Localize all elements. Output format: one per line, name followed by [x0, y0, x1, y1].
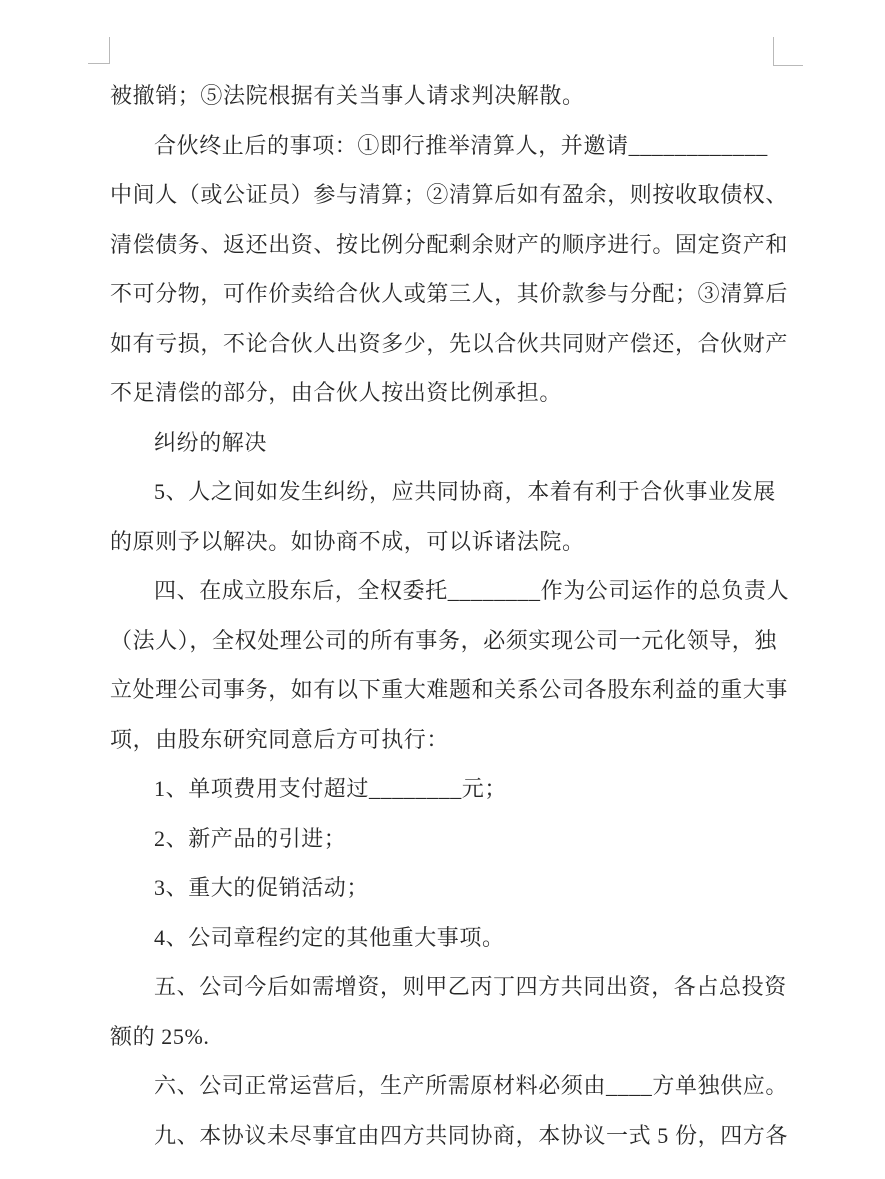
text-boundary-mark-top-right — [773, 37, 803, 66]
text-line: 九、本协议未尽事宜由四方共同协商，本协议一式 5 份，四方各 — [110, 1111, 778, 1161]
text-line: 不可分物，可作价卖给合伙人或第三人，其价款参与分配；③清算后 — [110, 269, 778, 319]
document-page: 被撤销；⑤法院根据有关当事人请求判决解散。合伙终止后的事项：①即行推举清算人，并… — [0, 0, 885, 1179]
text-line: 清偿债务、返还出资、按比例分配剩余财产的顺序进行。固定资产和 — [110, 220, 778, 270]
text-line: 的原则予以解决。如协商不成，可以诉诸法院。 — [110, 517, 778, 567]
text-line: （法人），全权处理公司的所有事务，必须实现公司一元化领导，独 — [110, 616, 778, 666]
text-line: 立处理公司事务，如有以下重大难题和关系公司各股东利益的重大事 — [110, 665, 778, 715]
document-body: 被撤销；⑤法院根据有关当事人请求判决解散。合伙终止后的事项：①即行推举清算人，并… — [110, 71, 778, 1160]
text-line: 纠纷的解决 — [110, 418, 778, 468]
text-line: 不足清偿的部分，由合伙人按出资比例承担。 — [110, 368, 778, 418]
text-line: 项，由股东研究同意后方可执行： — [110, 715, 778, 765]
text-line: 五、公司今后如需增资，则甲乙丙丁四方共同出资，各占总投资 — [110, 962, 778, 1012]
text-line: 被撤销；⑤法院根据有关当事人请求判决解散。 — [110, 71, 778, 121]
text-line: 四、在成立股东后，全权委托________作为公司运作的总负责人 — [110, 566, 778, 616]
text-line: 中间人（或公证员）参与清算；②清算后如有盈余，则按收取债权、 — [110, 170, 778, 220]
text-boundary-mark-top-left — [88, 37, 110, 64]
text-line: 3、重大的促销活动； — [110, 863, 778, 913]
text-line: 如有亏损，不论合伙人出资多少，先以合伙共同财产偿还，合伙财产 — [110, 319, 778, 369]
text-line: 额的 25%. — [110, 1012, 778, 1062]
text-line: 1、单项费用支付超过________元； — [110, 764, 778, 814]
text-line: 4、公司章程约定的其他重大事项。 — [110, 913, 778, 963]
text-line: 5、人之间如发生纠纷，应共同协商，本着有利于合伙事业发展 — [110, 467, 778, 517]
text-line: 2、新产品的引进； — [110, 814, 778, 864]
text-line: 六、公司正常运营后，生产所需原材料必须由____方单独供应。 — [110, 1061, 778, 1111]
text-line: 合伙终止后的事项：①即行推举清算人，并邀请____________ — [110, 121, 778, 171]
